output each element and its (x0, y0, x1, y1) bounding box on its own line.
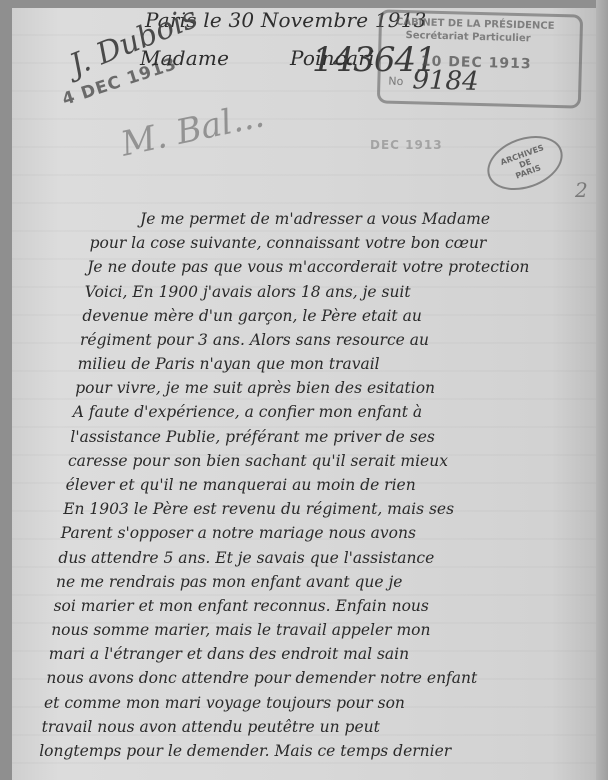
scanned-letter: Paris le 30 Novembre 1913 J. Dubois 4 DE… (0, 0, 608, 780)
recipient-name: Poincari (290, 46, 375, 70)
body-line: Je me permet de m'adresser a vous Madame (140, 210, 490, 228)
body-line: et comme mon mari voyage toujours pour s… (44, 694, 405, 712)
body-line: nous avons donc attendre pour demender n… (46, 669, 477, 687)
body-line: nous somme marier, mais le travail appel… (51, 621, 430, 639)
body-line: En 1903 le Père est revenu du régiment, … (63, 500, 454, 518)
body-line: élever et qu'il ne manquerai au moin de … (66, 476, 416, 494)
body-line: milieu de Paris n'ayan que mon travail (78, 355, 380, 373)
body-line: devenue mère d'un garçon, le Père etait … (82, 307, 421, 325)
body-line: Je ne doute pas que vous m'accorderait v… (87, 258, 529, 276)
body-line: pour vivre, je me suit après bien des es… (75, 379, 435, 397)
body-line: Voici, En 1900 j'avais alors 18 ans, je … (85, 283, 411, 301)
cabinet-stamp-no-label: No (388, 75, 403, 88)
cabinet-stamp-line2: Secrétariat Particulier (405, 30, 530, 44)
archives-stamp-line3: PARIS (514, 163, 542, 180)
body-line: l'assistance Publie, préférant me priver… (70, 428, 434, 446)
body-line: A faute d'expérience, a confier mon enfa… (73, 403, 422, 421)
margin-mark: 2 (575, 178, 588, 202)
body-line: Parent s'opposer a notre mariage nous av… (61, 524, 416, 542)
body-line: ne me rendrais pas mon enfant avant que … (56, 573, 402, 591)
body-line: caresse pour son bien sachant qu'il sera… (68, 452, 448, 470)
cabinet-stamp: CABINET DE LA PRÉSIDENCE Secrétariat Par… (377, 9, 583, 108)
faint-date-stamp: DEC 1913 (370, 138, 443, 152)
body-line: dus attendre 5 ans. Et je savais que l'a… (58, 549, 434, 567)
cabinet-stamp-number: 9184 (412, 65, 479, 97)
salutation: Madame (140, 46, 229, 70)
body-line: soi marier et mon enfant reconnus. Enfai… (54, 597, 429, 615)
body-line: travail nous avon attendu peutêtre un pe… (42, 718, 380, 736)
body-line: pour la cose suivante, connaissant votre… (90, 234, 487, 252)
scan-edge (596, 0, 608, 780)
body-line: régiment pour 3 ans. Alors sans resource… (80, 331, 429, 349)
body-line: mari a l'étranger et dans des endroit ma… (49, 645, 409, 663)
body-line: longtemps pour le demender. Mais ce temp… (39, 742, 451, 760)
